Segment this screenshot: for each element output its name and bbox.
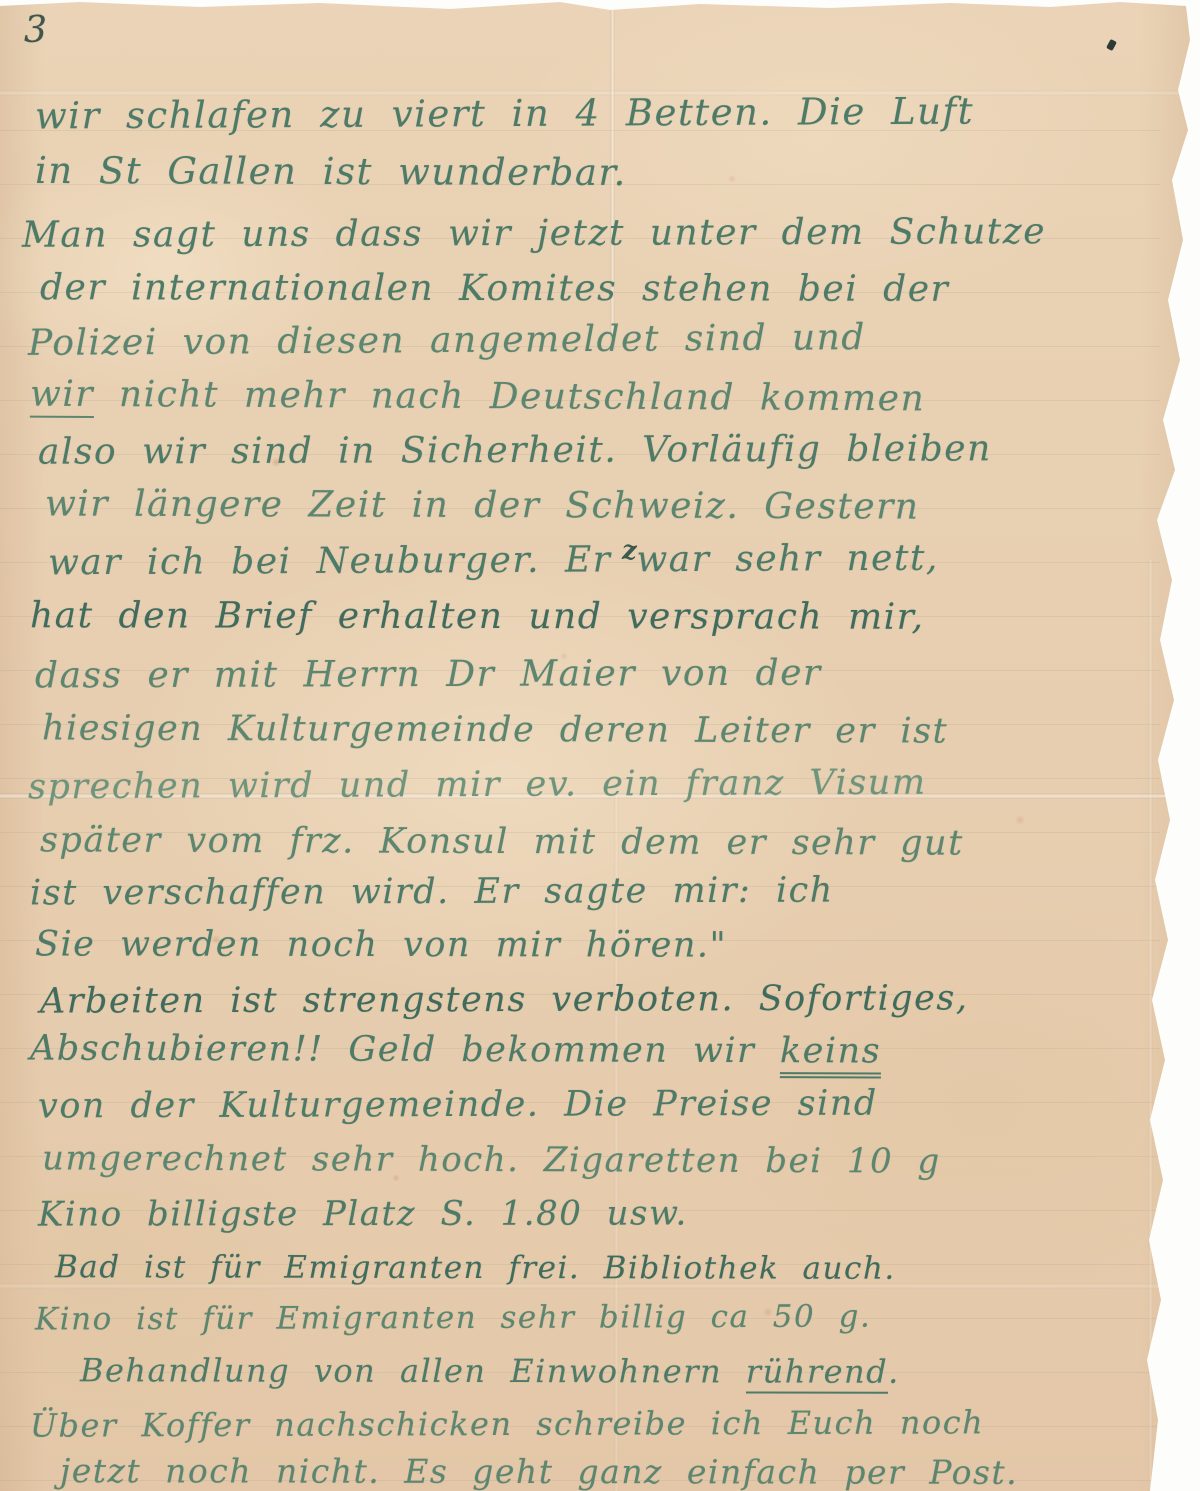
- handwriting-line: von der Kulturgemeinde. Die Preise sind: [38, 1084, 878, 1127]
- handwriting-segment: umgerechnet sehr hoch. Zigaretten bei 10…: [42, 1138, 941, 1181]
- handwriting-segment: Kino ist für Emigranten sehr billig ca 5…: [35, 1299, 871, 1338]
- handwriting-line: Abschubieren!! Geld bekommen wir keins: [30, 1029, 881, 1072]
- handwriting-line: wir längere Zeit in der Schweiz. Gestern: [45, 483, 920, 527]
- handwriting-segment: von der Kulturgemeinde. Die Preise sind: [38, 1084, 878, 1127]
- handwriting-line: in St Gallen ist wunderbar.: [35, 149, 627, 194]
- handwriting-segment: in St Gallen ist wunderbar.: [35, 149, 627, 194]
- handwriting-segment: Abschubieren!! Geld bekommen wir: [30, 1029, 780, 1072]
- inserted-letter-correction: z: [622, 536, 637, 566]
- handwriting-segment: Kino billigste Platz S. 1.80 usw.: [38, 1193, 688, 1234]
- fold-crease-vertical-right: [1148, 560, 1153, 1491]
- handwriting-segment: wir schlafen zu viert in 4 Betten. Die L…: [35, 90, 974, 138]
- underlined-word: wir: [30, 374, 94, 418]
- ink-dot: [1106, 39, 1117, 51]
- handwriting-segment: nicht mehr nach Deutschland kommen: [94, 374, 925, 419]
- handwriting-segment: .: [888, 1353, 900, 1391]
- handwriting-segment: später vom frz. Konsul mit dem er sehr g…: [40, 820, 964, 863]
- handwriting-line: Kino ist für Emigranten sehr billig ca 5…: [35, 1299, 871, 1338]
- handwriting-segment: sprechen wird und mir ev. ein franz Visu…: [28, 763, 927, 808]
- letter-scan: 3 wir schlafen zu viert in 4 Betten. Die…: [0, 0, 1200, 1491]
- handwriting-segment: Bad ist für Emigranten frei. Bibliothek …: [55, 1249, 896, 1286]
- underlined-word: rührend: [746, 1352, 888, 1393]
- handwriting-line: wir nicht mehr nach Deutschland kommen: [30, 374, 925, 420]
- handwriting-line: Man sagt uns dass wir jetzt unter dem Sc…: [22, 211, 1046, 256]
- handwriting-line: Über Koffer nachschicken schreibe ich Eu…: [30, 1403, 984, 1444]
- handwriting-segment: hiesigen Kulturgemeinde deren Leiter er …: [42, 708, 948, 751]
- handwriting-line: Polizei von diesen angemeldet sind und: [28, 317, 866, 364]
- handwriting-line: Sie werden noch von mir hören.": [35, 924, 727, 965]
- handwriting-segment: Man sagt uns dass wir jetzt unter dem Sc…: [22, 211, 1046, 256]
- handwriting-segment: Behandlung von allen Einwohnern: [80, 1351, 746, 1390]
- handwriting-segment: ist verschaffen wird. Er sagte mir: ich: [30, 871, 834, 914]
- handwriting-segment: Über Koffer nachschicken schreibe ich Eu…: [30, 1403, 984, 1444]
- letter-page: 3 wir schlafen zu viert in 4 Betten. Die…: [0, 0, 1200, 1491]
- handwriting-line: wir schlafen zu viert in 4 Betten. Die L…: [35, 90, 974, 138]
- handwriting-line: ist verschaffen wird. Er sagte mir: ich: [30, 871, 834, 914]
- handwriting-line: hat den Brief erhalten und versprach mir…: [30, 595, 924, 638]
- handwriting-line: sprechen wird und mir ev. ein franz Visu…: [28, 763, 927, 808]
- handwriting-line: umgerechnet sehr hoch. Zigaretten bei 10…: [42, 1138, 941, 1181]
- handwriting-segment: dass er mit Herrn Dr Maier von der: [35, 653, 822, 697]
- handwriting-segment: Arbeiten ist strengstens verboten. Sofor…: [40, 978, 969, 1021]
- handwriting-segment: wir längere Zeit in der Schweiz. Gestern: [45, 483, 920, 527]
- handwriting-line: Behandlung von allen Einwohnern rührend.: [80, 1351, 900, 1390]
- handwriting-line: Arbeiten ist strengstens verboten. Sofor…: [40, 978, 969, 1021]
- handwriting-line: der internationalen Komites stehen bei d…: [40, 267, 949, 310]
- page-number: 3: [24, 10, 47, 51]
- handwriting-line: Bad ist für Emigranten frei. Bibliothek …: [55, 1249, 896, 1286]
- handwriting-line: Kino billigste Platz S. 1.80 usw.: [38, 1193, 688, 1234]
- handwriting-line: jetzt noch nicht. Es geht ganz einfach p…: [60, 1451, 1018, 1491]
- handwriting-line: dass er mit Herrn Dr Maier von der: [35, 653, 822, 697]
- handwriting-segment: hat den Brief erhalten und versprach mir…: [30, 595, 924, 638]
- handwriting-segment: jetzt noch nicht. Es geht ganz einfach p…: [60, 1451, 1018, 1491]
- handwriting-segment: der internationalen Komites stehen bei d…: [40, 267, 949, 310]
- handwriting-line: war ich bei Neuburger. Er war sehr nett,: [48, 538, 939, 584]
- handwriting-segment: Sie werden noch von mir hören.": [35, 924, 727, 965]
- handwriting-segment: Polizei von diesen angemeldet sind und: [28, 317, 866, 364]
- underlined-word: keins: [780, 1031, 881, 1078]
- handwriting-line: hiesigen Kulturgemeinde deren Leiter er …: [42, 708, 948, 751]
- handwriting-line: später vom frz. Konsul mit dem er sehr g…: [40, 820, 964, 863]
- handwriting-line: also wir sind in Sicherheit. Vorläufig b…: [38, 428, 992, 472]
- handwriting-segment: also wir sind in Sicherheit. Vorläufig b…: [38, 428, 992, 472]
- handwriting-segment: war ich bei Neuburger. Er war sehr nett,: [48, 538, 939, 584]
